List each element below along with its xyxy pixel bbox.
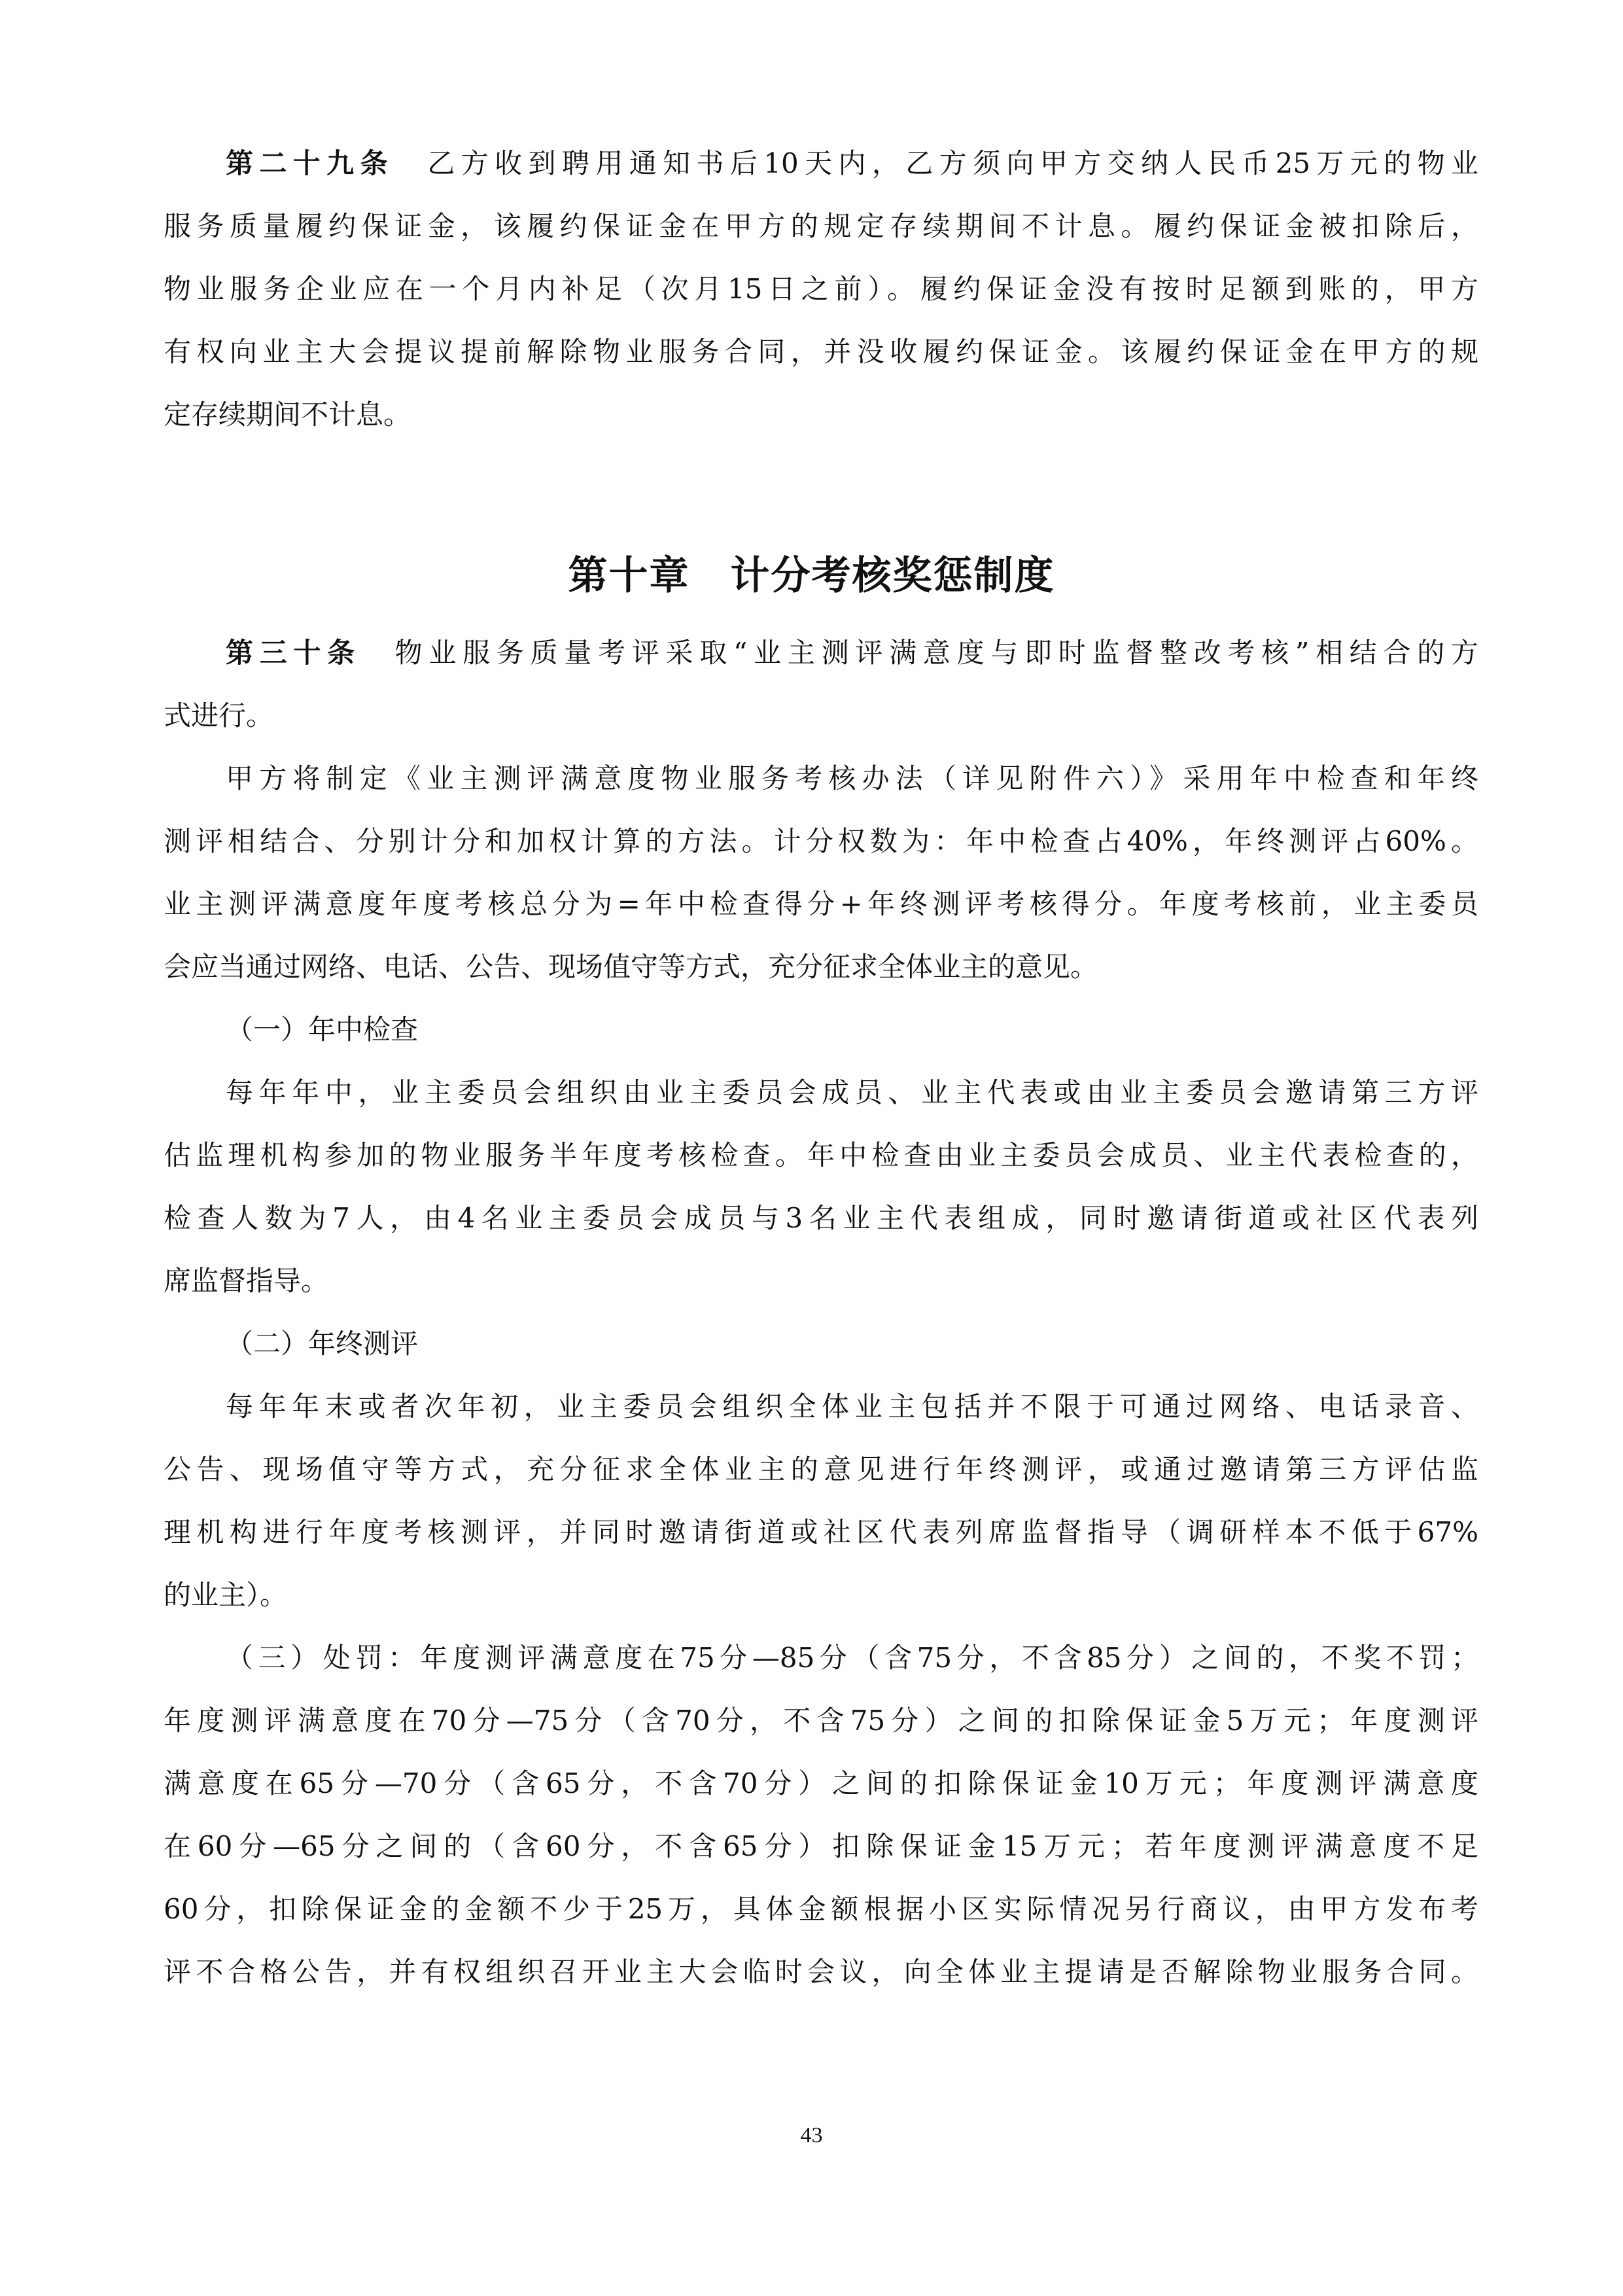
article-29-line-5: 定存续期间不计息。 <box>164 395 1478 434</box>
article-29-line-3: 物业服务企业应在一个月内补足（次月15日之前）。履约保证金没有按时足额到账的，甲… <box>164 270 1478 309</box>
method-line-4: 会应当通过网络、电话、公告、现场值守等方式，充分征求全体业主的意见。 <box>164 947 1478 987</box>
section-2-line-3: 理机构进行年度考核测评，并同时邀请街道或社区代表列席监督指导（调研样本不低于67… <box>164 1513 1478 1552</box>
chapter-title: 第十章 计分考核奖惩制度 <box>0 550 1623 602</box>
method-line-3: 业主测评满意度年度考核总分为=年中检查得分+年终测评考核得分。年度考核前，业主委… <box>164 885 1478 924</box>
method-line-1: 甲方将制定《业主测评满意度物业服务考核办法（详见附件六）》采用年中检查和年终 <box>226 759 1478 798</box>
article-29-label: 第二十九条 <box>226 147 394 179</box>
article-29-line-1: 第二十九条 乙方收到聘用通知书后10天内，乙方须向甲方交纳人民币25万元的物业 <box>226 144 1478 183</box>
section-1-line-3: 检查人数为7人，由4名业主委员会成员与3名业主代表组成，同时邀请街道或社区代表列 <box>164 1199 1478 1238</box>
method-line-2: 测评相结合、分别计分和加权计算的方法。计分权数为：年中检查占40%，年终测评占6… <box>164 822 1478 861</box>
section-1-line-4: 席监督指导。 <box>164 1262 1478 1301</box>
section-2-heading: （二）年终测评 <box>226 1324 418 1364</box>
section-3-line-2: 年度测评满意度在70分—75分（含70分，不含75分）之间的扣除保证金5万元；年… <box>164 1701 1478 1740</box>
article-30-label: 第三十条 <box>226 637 361 669</box>
article-29-line-4: 有权向业主大会提议提前解除物业服务合同，并没收履约保证金。该履约保证金在甲方的规 <box>164 332 1478 372</box>
article-30-line-1: 第三十条 物业服务质量考评采取“业主测评满意度与即时监督整改考核”相结合的方 <box>226 633 1478 673</box>
section-2-line-1: 每年年末或者次年初，业主委员会组织全体业主包括并不限于可通过网络、电话录音、 <box>226 1387 1478 1426</box>
section-2-line-4: 的业主）。 <box>164 1576 1478 1615</box>
section-3-line-6: 评不合格公告，并有权组织召开业主大会临时会议，向全体业主提请是否解除物业服务合同… <box>164 1952 1478 1992</box>
article-30-line-2: 式进行。 <box>164 696 1478 735</box>
section-3-line-1: （三）处罚：年度测评满意度在75分—85分（含75分，不含85分）之间的，不奖不… <box>226 1638 1478 1678</box>
section-2-line-2: 公告、现场值守等方式，充分征求全体业主的意见进行年终测评，或通过邀请第三方评估监 <box>164 1450 1478 1489</box>
page-number: 43 <box>0 2123 1623 2148</box>
section-3-line-5: 60分，扣除保证金的金额不少于25万，具体金额根据小区实际情况另行商议，由甲方发… <box>164 1890 1478 1929</box>
section-1-line-2: 估监理机构参加的物业服务半年度考核检查。年中检查由业主委员会成员、业主代表检查的… <box>164 1136 1478 1175</box>
article-29-line-2: 服务质量履约保证金，该履约保证金在甲方的规定存续期间不计息。履约保证金被扣除后， <box>164 207 1478 246</box>
document-page: 第二十九条 乙方收到聘用通知书后10天内，乙方须向甲方交纳人民币25万元的物业 … <box>0 0 1623 2296</box>
section-3-line-3: 满意度在65分—70分（含65分，不含70分）之间的扣除保证金10万元；年度测评… <box>164 1764 1478 1803</box>
section-1-heading: （一）年中检查 <box>226 1010 418 1050</box>
section-1-line-1: 每年年中，业主委员会组织由业主委员会成员、业主代表或由业主委员会邀请第三方评 <box>226 1073 1478 1112</box>
section-3-line-4: 在60分—65分之间的（含60分，不含65分）扣除保证金15万元；若年度测评满意… <box>164 1827 1478 1866</box>
